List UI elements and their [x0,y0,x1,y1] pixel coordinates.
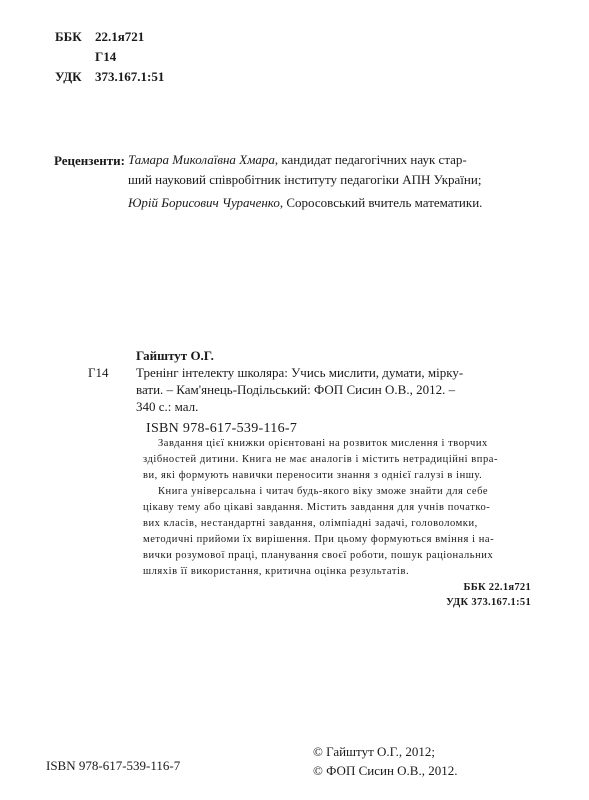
card-isbn: ISBN 978-617-539-116-7 [146,420,297,437]
reviewers-list: Тамара Миколаївна Хмара, кандидат педаго… [128,150,558,213]
abstract-line: методичні прийоми їх вирішення. При цьом… [143,532,471,548]
card-code: Г14 [88,364,109,381]
abstract-line: цікаву тему або цікаві завдання. Містить… [143,500,471,516]
author-mark-row: Г14 [55,47,164,67]
abstract-line: здібностей дитини. Книга не має аналогів… [143,452,471,468]
abstract-line: шляхів її використання, критична оцінка … [143,564,471,580]
reviewer-2-line: Юрій Борисович Чураченко, Соросовський в… [128,193,558,213]
bbk-value: 22.1я721 [95,27,144,47]
card-description-line: 340 с.: мал. [136,398,536,415]
udk-label: УДК [55,67,87,87]
reviewer-1-line-2: ший науковий співробітник інституту педа… [128,170,558,190]
abstract-line: Книга універсальна і читач будь-якого ві… [143,484,471,500]
footer-isbn: ISBN 978-617-539-116-7 [46,758,180,774]
reviewer-2-title: , Соросовський вчитель математики. [280,195,483,210]
reviewer-1-line-1: Тамара Миколаївна Хмара, кандидат педаго… [128,150,558,170]
author-mark: Г14 [95,47,116,67]
classification-block: ББК 22.1я721 Г14 УДК 373.167.1:51 [55,27,164,87]
abstract-codes: ББК 22.1я721 УДК 373.167.1:51 [446,580,531,610]
bbk-row: ББК 22.1я721 [55,27,164,47]
abstract: Завдання цієї книжки орієнтовані на розв… [143,436,471,580]
copyright-line: © Гайштут О.Г., 2012; [313,742,457,761]
abstract-bbk: ББК 22.1я721 [446,580,531,595]
copyright-block: © Гайштут О.Г., 2012; © ФОП Сисин О.В., … [313,742,457,780]
abstract-line: вички розумової праці, планування своєї … [143,548,471,564]
udk-row: УДК 373.167.1:51 [55,67,164,87]
abstract-udk: УДК 373.167.1:51 [446,595,531,610]
abstract-line: Завдання цієї книжки орієнтовані на розв… [143,436,471,452]
reviewer-2-name: Юрій Борисович Чураченко [128,195,280,210]
card-description-line: вати. – Кам'янець-Подільський: ФОП Сисин… [136,381,536,398]
abstract-line: вих класів, нестандартні завдання, олімп… [143,516,471,532]
reviewer-1-name: Тамара Миколаївна Хмара [128,152,275,167]
udk-value: 373.167.1:51 [95,67,164,87]
abstract-line: ви, які формують навички переносити знан… [143,468,471,484]
card-description: Тренінг інтелекту школяра: Учись мислити… [136,364,536,415]
copyright-line: © ФОП Сисин О.В., 2012. [313,761,457,780]
card-author: Гайштут О.Г. [136,347,214,364]
bbk-label: ББК [55,27,87,47]
reviewers-label: Рецензенти: [54,150,125,172]
card-description-line: Тренінг інтелекту школяра: Учись мислити… [136,364,536,381]
reviewer-1-title: , кандидат педагогічних наук стар- [275,152,467,167]
